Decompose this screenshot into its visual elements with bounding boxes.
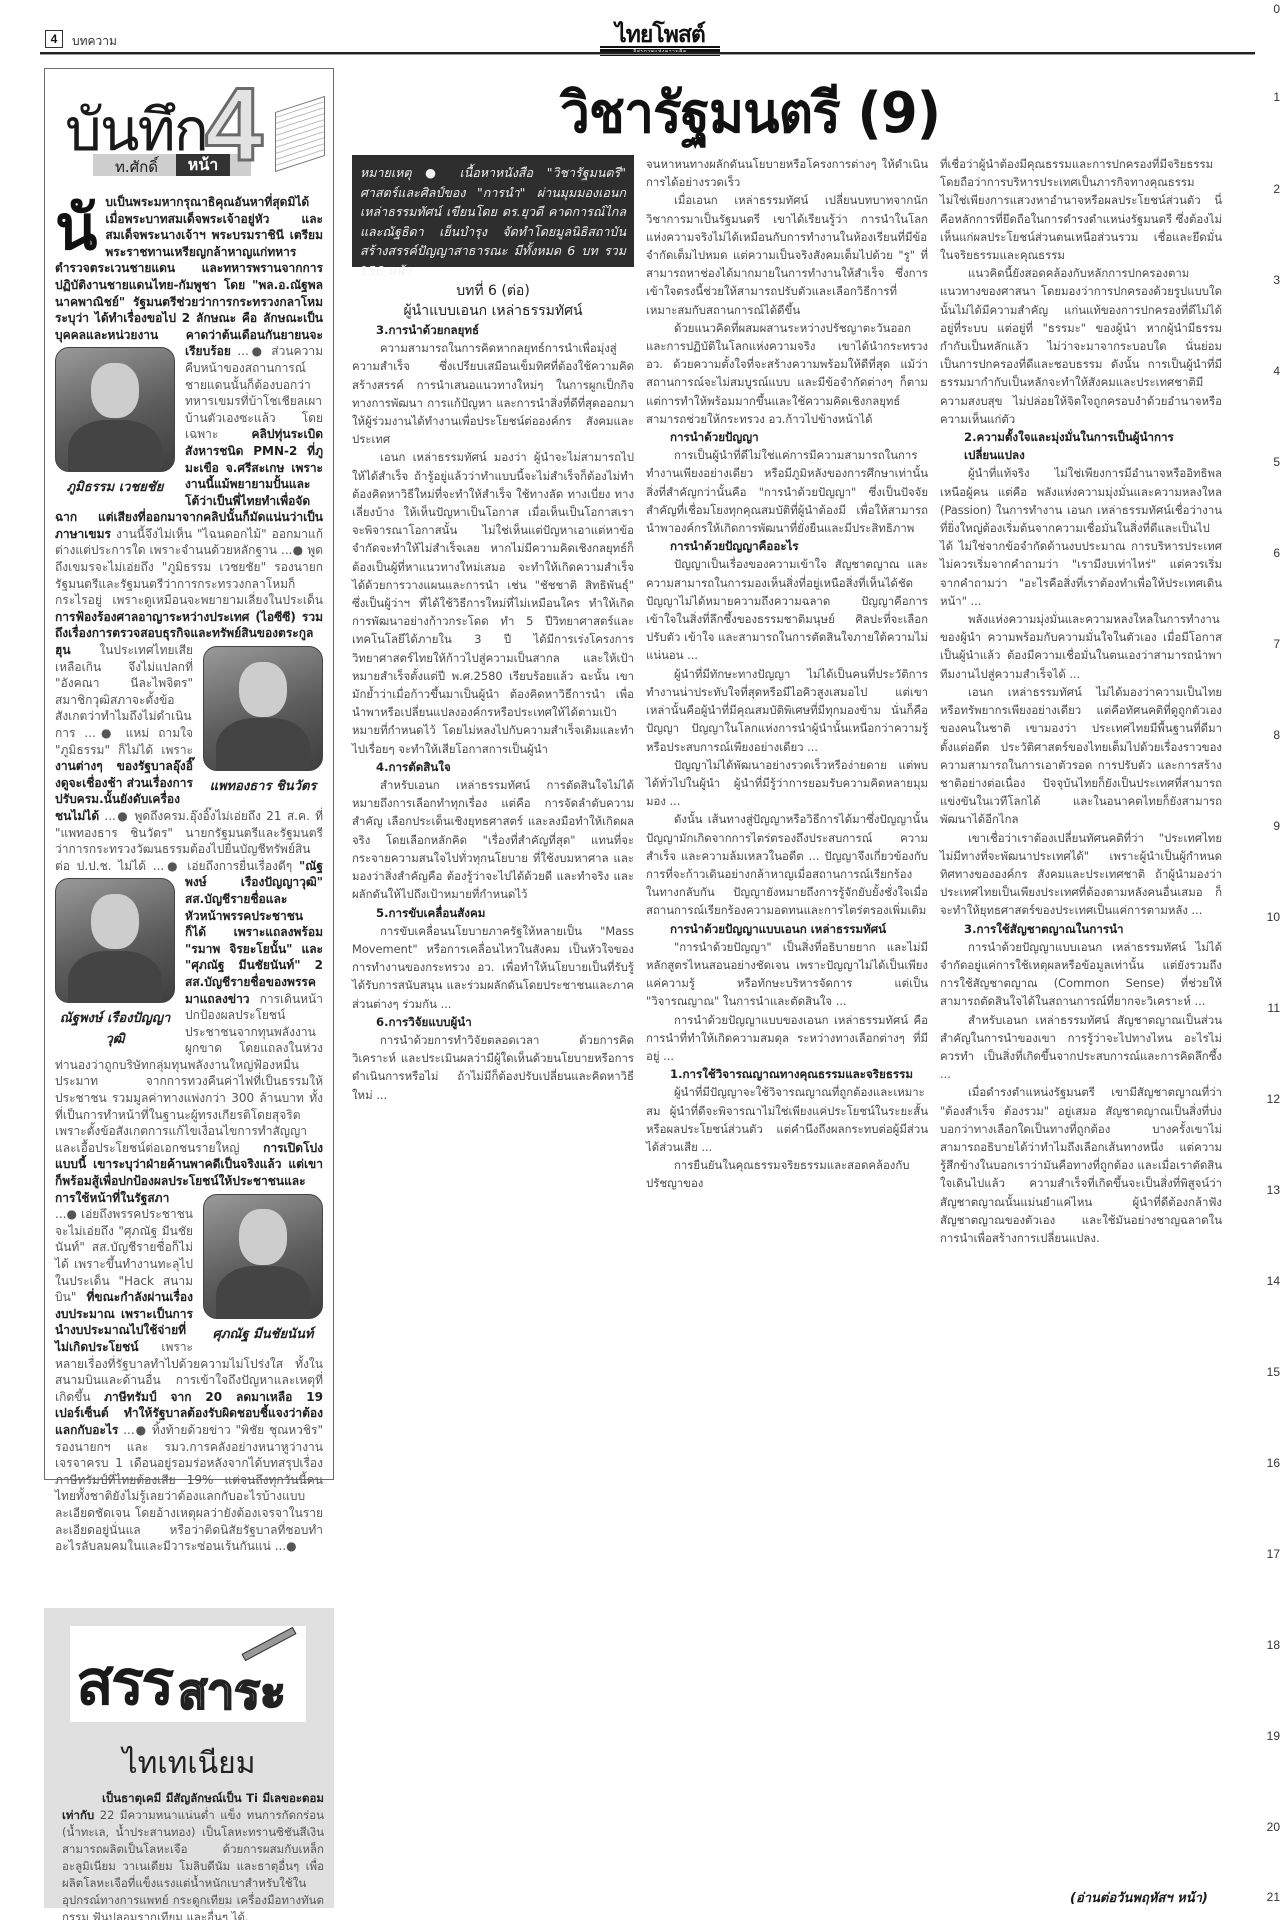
article-paragraph: ปัญญาไม่ได้พัฒนาอย่างรวดเร็วหรือง่ายดาย …	[646, 756, 928, 811]
header-divider	[40, 52, 1255, 55]
photo-figure: ภูมิธรรม เวชยชัย	[55, 347, 175, 497]
portrait-photo	[55, 347, 175, 472]
section-heading: การนำด้วยปัญญาแบบเอนก เหล่าธรรมทัศน์	[646, 920, 928, 938]
article-paragraph: การนำด้วยปัญญาแบบของเอนก เหล่าธรรมทัศน์ …	[646, 1011, 928, 1066]
photo-figure: ศุภณัฐ มีนชัยนันท์	[203, 1194, 323, 1344]
marker: 9	[1273, 819, 1280, 833]
chapter-title: ผู้นำแบบเอนก เหล่าธรรมทัศน์	[352, 301, 634, 321]
marker: 1	[1273, 90, 1280, 104]
marker: 15	[1267, 1365, 1280, 1379]
photo-caption: ภูมิธรรม เวชยชัย	[55, 476, 175, 497]
column-paragraph-bold: "ณัฐพงษ์ เรืองปัญญาวุฒิ" สส.บัญชีรายชื่อ…	[185, 859, 323, 1006]
photo-caption: ณัฐพงษ์ เรืองปัญญาวุฒิ	[55, 1007, 175, 1049]
marker: 17	[1267, 1547, 1280, 1561]
article-body: ที่เชื่อว่าผู้นำต้องมีคุณธรรมและการปกครอ…	[940, 155, 1222, 1247]
fact-box: สรร สาระ ไทเทเนียม เป็นธาตุเคมี มีสัญลัก…	[44, 1608, 334, 1908]
article-paragraph: แนวคิดนี้ยังสอดคล้องกับหลักการปกครองตามแ…	[940, 264, 1222, 428]
section-heading: 3.การใช้สัญชาตญาณในการนำ	[940, 920, 1222, 938]
marker: 20	[1267, 1820, 1280, 1834]
drop-cap: นั	[55, 200, 97, 256]
fact-box-title: ไทเทเนียม	[44, 1740, 334, 1787]
article-paragraph: การนำด้วยปัญญาแบบเอนก เหล่าธรรมทัศน์ ไม่…	[940, 938, 1222, 1011]
column-body: นั บเป็นพระมหากรุณาธิคุณอันหาที่สุดมิได้…	[55, 194, 323, 1555]
article-paragraph: การยืนยันในคุณธรรมจริยธรรมและสอดคล้องกับ…	[646, 1156, 928, 1192]
article-title: วิชารัฐมนตรี (9)	[560, 68, 940, 157]
article-body: จนหาหนทางผลักดันนโยบายหรือโครงการต่างๆ ใ…	[646, 155, 928, 1193]
page-number: 4	[45, 30, 63, 48]
portrait-photo	[203, 646, 323, 771]
article-paragraph: "การนำด้วยปัญญา" เป็นสิ่งที่อธิบายยาก แล…	[646, 938, 928, 1011]
marker: 8	[1273, 728, 1280, 742]
section-heading: การนำด้วยปัญญา	[646, 428, 928, 446]
marker: 0	[1273, 2, 1280, 16]
masthead-logo: ไทยโพสต์ อิสรภาพแห่งความคิด	[600, 22, 720, 56]
photo-figure: ณัฐพงษ์ เรืองปัญญาวุฒิ	[55, 878, 175, 1049]
fact-logo-word: สรร	[76, 1634, 171, 1732]
photo-caption: ศุภณัฐ มีนชัยนันท์	[203, 1323, 323, 1344]
article-paragraph: เอนก เหล่าธรรมทัศน์ ไม่ได้มองว่าความเป็น…	[940, 683, 1222, 829]
marker: 4	[1273, 364, 1280, 378]
article-paragraph: การขับเคลื่อนนโยบายภาครัฐให้หลายเป็น "Ma…	[352, 922, 634, 1013]
marker: 11	[1268, 1001, 1280, 1015]
column-box: บันทึก ท.ศักดิ์ หน้า 4 นั บเป็นพระมหากรุ…	[44, 68, 334, 1480]
article-paragraph: การเป็นผู้นำที่ดีไม่ใช่แค่การมีความสามาร…	[646, 446, 928, 537]
margin-markers: 0 1 2 3 4 5 6 7 8 9 10 11 12 13 14 15 16…	[1262, 0, 1286, 1920]
portrait-photo	[55, 878, 175, 1003]
article-paragraph: เอนก เหล่าธรรมทัศน์ มองว่า ผู้นำจะไม่สาม…	[352, 448, 634, 757]
marker: 7	[1273, 637, 1280, 651]
article-paragraph: ที่เชื่อว่าผู้นำต้องมีคุณธรรมและการปกครอ…	[940, 155, 1222, 264]
marker: 6	[1273, 546, 1280, 560]
fact-box-logo: สรร สาระ	[70, 1626, 306, 1722]
chapter-label: บทที่ 6 (ต่อ)	[352, 281, 634, 301]
marker: 5	[1273, 455, 1280, 469]
column-author: ท.ศักดิ์	[115, 155, 158, 179]
article-paragraph: ผู้นำที่แท้จริง ไม่ใช่เพียงการมีอำนาจหรื…	[940, 464, 1222, 610]
marker: 12	[1267, 1092, 1280, 1106]
marker: 10	[1267, 910, 1280, 924]
section-heading: การนำด้วยปัญญาคืออะไร	[646, 537, 928, 555]
article-paragraph: เมื่อดำรงตำแหน่งรัฐมนตรี เขามีสัญชาตญาณท…	[940, 1083, 1222, 1247]
article-paragraph: สำหรับเอนก เหล่าธรรมทัศน์ การตัดสินใจไม่…	[352, 776, 634, 903]
photo-caption: แพทองธาร ชินวัตร	[203, 775, 323, 796]
article-paragraph: เมื่อเอนก เหล่าธรรมทัศน์ เปลี่ยนบทบาทจาก…	[646, 191, 928, 318]
section-heading: 4.การตัดสินใจ	[352, 758, 634, 776]
fact-box-text: เป็นธาตุเคมี มีสัญลักษณ์เป็น Ti มีเลขอะต…	[62, 1790, 324, 1920]
marker: 13	[1267, 1183, 1280, 1197]
column-paragraph: ในประเทศไทยเสียเหลือเกิน จึงไม่แปลกที่ "…	[55, 643, 193, 757]
portrait-photo	[203, 1194, 323, 1319]
marker: 16	[1267, 1456, 1280, 1470]
marker: 14	[1267, 1274, 1280, 1288]
logo-number: 4	[205, 71, 263, 179]
article-paragraph: พลังแห่งความมุ่งมั่นและความหลงใหลในการทำ…	[940, 610, 1222, 683]
article-paragraph: การนำด้วยการทำวิจัยตลอดเวลา ด้วยการคิด ว…	[352, 1031, 634, 1104]
section-heading: 6.การวิจัยแบบผู้นำ	[352, 1013, 634, 1031]
article-paragraph: ผู้นำที่มีทักษะทางปัญญา ไม่ได้เป็นคนที่ป…	[646, 665, 928, 756]
fact-box-body: 22 มีความหนาแน่นต่ำ แข็ง ทนการกัดกร่อน (…	[62, 1808, 324, 1920]
section-heading: 5.การขับเคลื่อนสังคม	[352, 904, 634, 922]
article-paragraph: ปัญญาเป็นเรื่องของความเข้าใจ สัญชาตญาณ แ…	[646, 555, 928, 664]
column-logo: บันทึก ท.ศักดิ์ หน้า 4	[55, 69, 323, 194]
masthead-title: ไทยโพสต์	[600, 22, 720, 48]
section-heading: 2.ความตั้งใจและมุ่งมั่นในการเป็นผู้นำการ…	[940, 428, 1222, 464]
article-paragraph: ด้วยแนวคิดที่ผสมผสานระหว่างปรัชญาตะวันออ…	[646, 319, 928, 428]
editor-note: หมายเหตุ ● เนื้อหาหนังสือ "วิชารัฐมนตรี"…	[352, 155, 634, 267]
article-paragraph: จนหาหนทางผลักดันนโยบายหรือโครงการต่างๆ ใ…	[646, 155, 928, 191]
marker: 3	[1273, 273, 1280, 287]
article-column-3: ที่เชื่อว่าผู้นำต้องมีคุณธรรมและการปกครอ…	[940, 155, 1222, 1247]
marker: 18	[1267, 1638, 1280, 1652]
section-heading: 3.การนำด้วยกลยุทธ์	[352, 321, 634, 339]
fact-logo-word: สาระ	[178, 1654, 286, 1730]
article-paragraph: ดังนั้น เส้นทางสู่ปัญญาหรือวิธีการได้มาซ…	[646, 810, 928, 919]
marker: 21	[1267, 1890, 1280, 1904]
article-column-2: จนหาหนทางผลักดันนโยบายหรือโครงการต่างๆ ใ…	[646, 155, 928, 1193]
photo-figure: แพทองธาร ชินวัตร	[203, 646, 323, 796]
marker: 2	[1273, 182, 1280, 196]
column-notes: บันทึก ท.ศักดิ์ หน้า 4 นั บเป็นพระมหากรุ…	[44, 68, 334, 1480]
section-heading: 1.การใช้วิจารณญาณทางคุณธรรมและจริยธรรม	[646, 1065, 928, 1083]
article-paragraph: เขาเชื่อว่าเราต้องเปลี่ยนทัศนคติที่ว่า "…	[940, 829, 1222, 920]
article-paragraph: สำหรับเอนก เหล่าธรรมทัศน์ สัญชาตญาณเป็นส…	[940, 1011, 1222, 1084]
article-column-1: หมายเหตุ ● เนื้อหาหนังสือ "วิชารัฐมนตรี"…	[352, 155, 634, 1104]
continued-note: (อ่านต่อวันพฤหัสฯ หน้า)	[1070, 1887, 1208, 1908]
section-label: บทความ	[72, 32, 117, 51]
notebook-icon	[275, 96, 325, 172]
article-body: 3.การนำด้วยกลยุทธ์ความสามารถในการคิดหากล…	[352, 321, 634, 1104]
page-header: 4 บทความ ไทยโพสต์ อิสรภาพแห่งความคิด	[40, 22, 1255, 54]
marker: 19	[1267, 1729, 1280, 1743]
article-paragraph: ความสามารถในการคิดหากลยุทธ์การนำเพื่อมุ่…	[352, 339, 634, 448]
article-paragraph: ผู้นำที่มีปัญญาจะใช้วิจารณญาณที่ถูกต้องแ…	[646, 1083, 928, 1156]
